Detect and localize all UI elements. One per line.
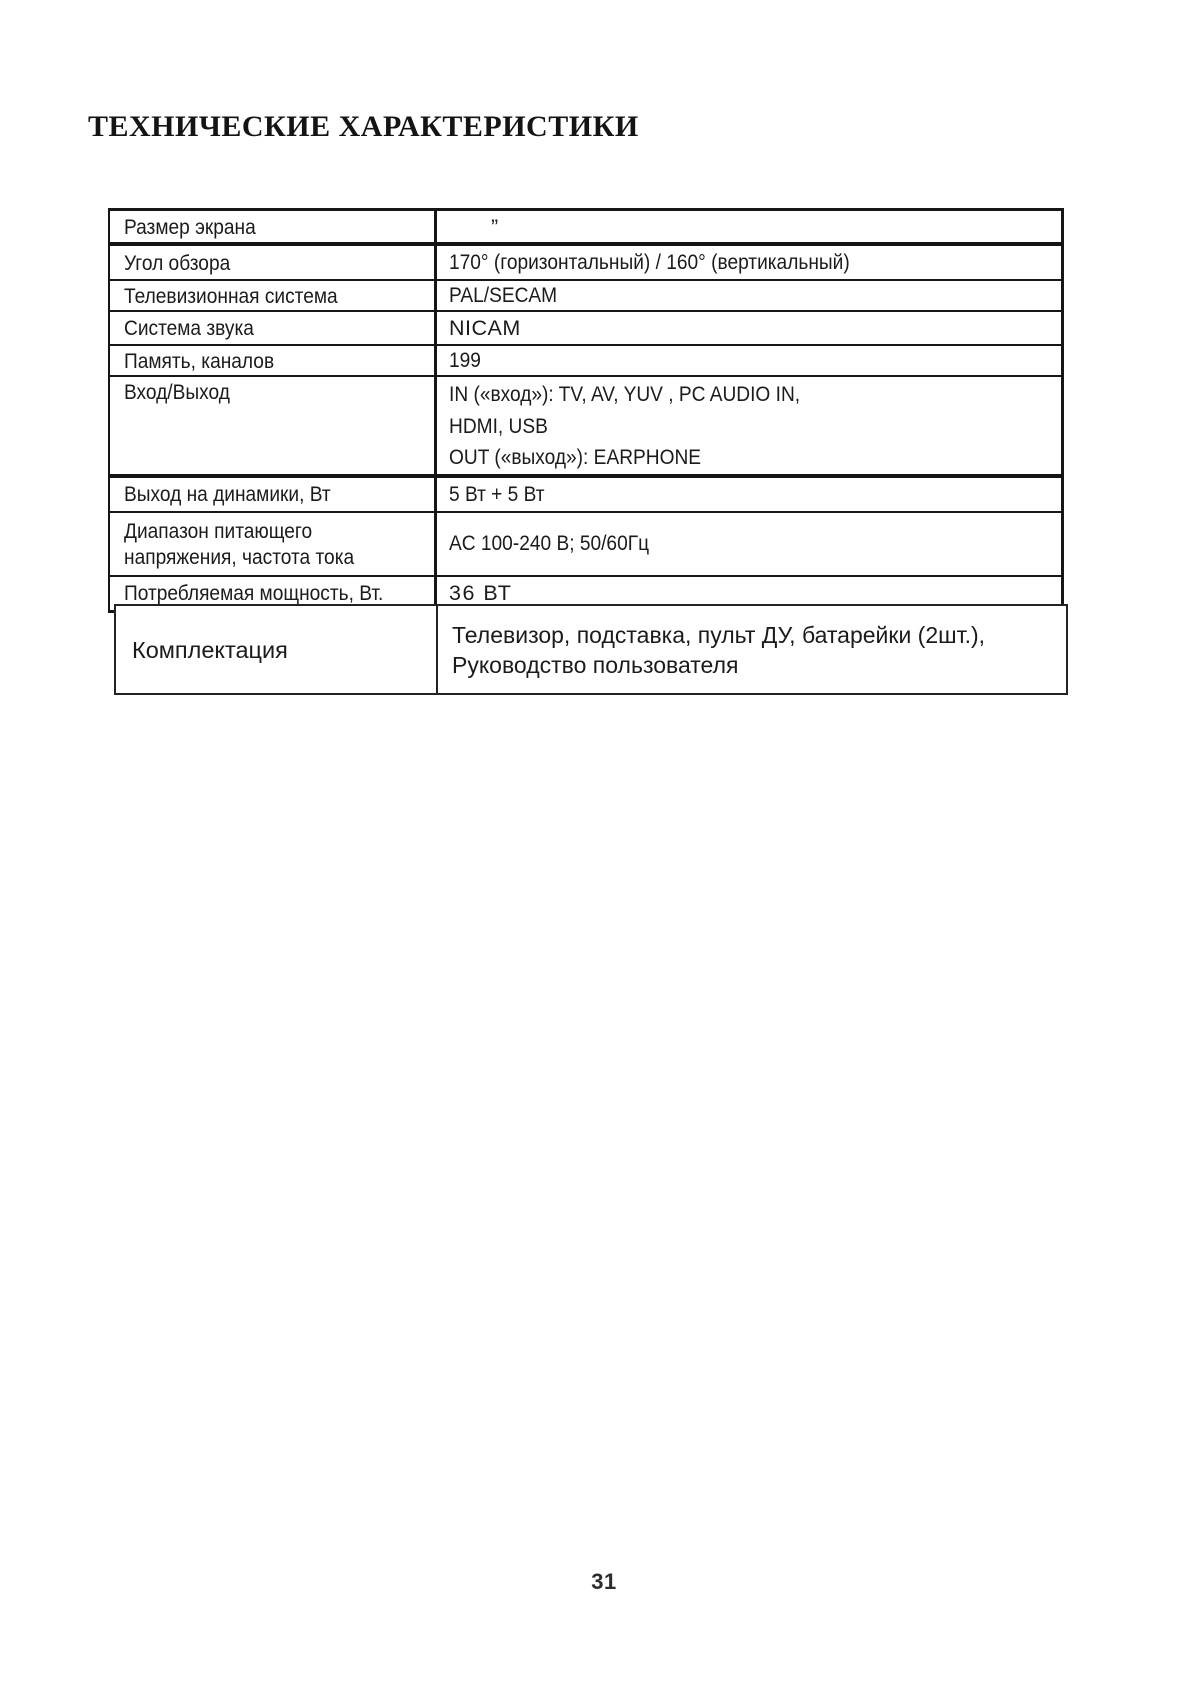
row-label-text: Выход на динамики, Вт: [124, 481, 331, 507]
row-value-text: Телевизор, подставка, пульт ДУ, батарейк…: [452, 620, 985, 680]
table-row: Выход на динамики, Вт 5 Вт + 5 Вт: [110, 478, 1061, 513]
row-label-text: Вход/Выход: [124, 379, 230, 405]
row-label-text: Комплектация: [132, 637, 288, 663]
row-value-text: NICAM: [449, 314, 521, 343]
row-value-text: 5 Вт + 5 Вт: [449, 480, 545, 509]
row-label-text: Система звука: [124, 315, 254, 341]
row-label-text: Размер экрана: [124, 214, 256, 240]
row-value: PAL/SECAM: [437, 281, 1061, 310]
row-label: Угол обзора: [110, 246, 437, 279]
table-row: Диапазон питающего напряжения, частота т…: [110, 513, 1061, 577]
row-label: Система звука: [110, 312, 437, 344]
kit-row: Комплектация Телевизор, подставка, пульт…: [114, 604, 1068, 695]
row-value: 199: [437, 346, 1061, 375]
table-row: Память, каналов 199: [110, 346, 1061, 377]
page-title: ТЕХНИЧЕСКИЕ ХАРАКТЕРИСТИКИ: [88, 110, 639, 144]
row-label-text: Диапазон питающего напряжения, частота т…: [124, 518, 395, 570]
row-value-text: 199: [449, 346, 481, 375]
row-label-text: Память, каналов: [124, 348, 274, 374]
table-row: Угол обзора 170° (горизонтальный) / 160°…: [110, 246, 1061, 281]
table-row: Система звука NICAM: [110, 312, 1061, 346]
spec-table: Размер экрана ” Угол обзора 170° (горизо…: [108, 208, 1064, 613]
page-number: 31: [18, 1569, 1190, 1595]
row-label: Размер экрана: [110, 211, 437, 242]
row-label: Диапазон питающего напряжения, частота т…: [110, 513, 437, 575]
row-label-text: Потребляемая мощность, Вт.: [124, 580, 383, 606]
row-value: AC 100-240 В; 50/60Гц: [437, 513, 1061, 575]
row-value: Телевизор, подставка, пульт ДУ, батарейк…: [438, 606, 1066, 693]
row-label-text: Телевизионная система: [124, 283, 338, 309]
row-value: NICAM: [437, 312, 1061, 344]
row-value: 170° (горизонтальный) / 160° (вертикальн…: [437, 246, 1061, 279]
row-label: Память, каналов: [110, 346, 437, 375]
row-value-text: AC 100-240 В; 50/60Гц: [449, 529, 649, 558]
table-row: Телевизионная система PAL/SECAM: [110, 281, 1061, 312]
manual-page: ТЕХНИЧЕСКИЕ ХАРАКТЕРИСТИКИ Размер экрана…: [0, 0, 1190, 1684]
row-value-text: ”: [491, 213, 498, 242]
row-value: 5 Вт + 5 Вт: [437, 478, 1061, 511]
row-value-text: PAL/SECAM: [449, 281, 557, 310]
row-label: Комплектация: [116, 606, 438, 693]
row-label: Вход/Выход: [110, 377, 437, 474]
row-label: Телевизионная система: [110, 281, 437, 310]
row-value-text: IN («вход»): TV, AV, YUV , PC AUDIO IN, …: [449, 379, 800, 474]
row-value: ”: [437, 211, 1061, 242]
table-row: Вход/Выход IN («вход»): TV, AV, YUV , PC…: [110, 377, 1061, 478]
table-row: Размер экрана ”: [110, 211, 1061, 246]
row-value: IN («вход»): TV, AV, YUV , PC AUDIO IN, …: [437, 377, 1061, 474]
row-label: Выход на динамики, Вт: [110, 478, 437, 511]
row-value-text: 170° (горизонтальный) / 160° (вертикальн…: [449, 248, 850, 277]
row-label-text: Угол обзора: [124, 250, 230, 276]
